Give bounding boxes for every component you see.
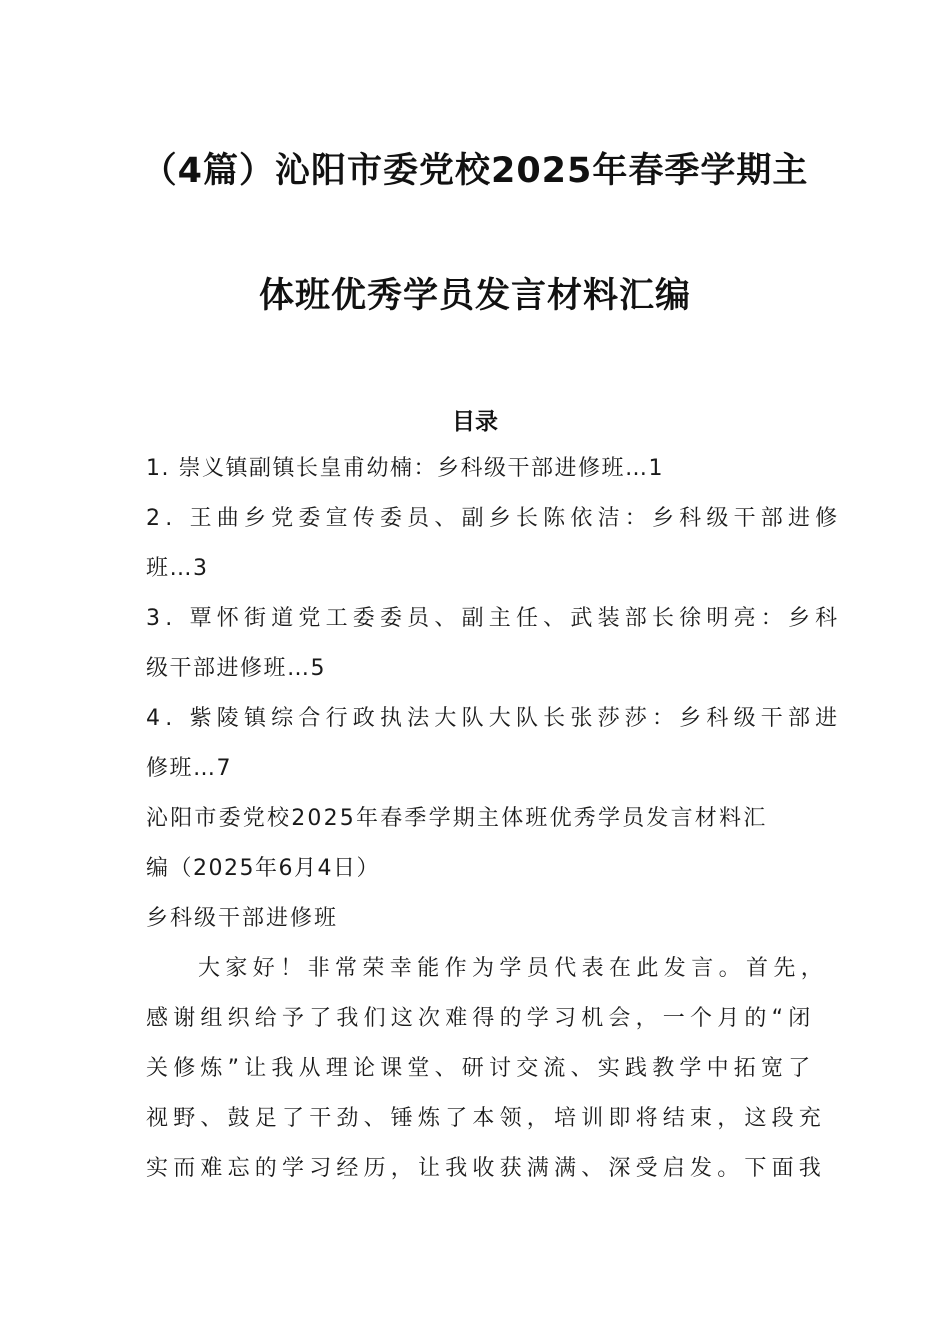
body-paragraph-line-4: 视野、鼓足了干劲、锤炼了本领，培训即将结束，这段充 [146,1104,806,1134]
document-title-line-2: 体班优秀学员发言材料汇编 [0,268,950,318]
body-paragraph-line-2: 感谢组织给予了我们这次难得的学习机会，一个月的“闭 [146,1004,806,1034]
toc-entry-4-line-2[interactable]: 修班…7 [146,754,806,784]
toc-heading: 目录 [0,403,950,436]
toc-entry-1-line-1[interactable]: 1. 崇义镇副镇长皇甫幼楠：乡科级干部进修班…1 [146,454,806,484]
body-paragraph-line-3: 关修炼”让我从理论课堂、研讨交流、实践教学中拓宽了 [146,1054,806,1084]
toc-entry-4-line-1[interactable]: 4. 紫陵镇综合行政执法大队大队长张莎莎：乡科级干部进 [146,704,806,734]
section-label: 乡科级干部进修班 [146,904,806,934]
body-paragraph-line-1: 大家好！非常荣幸能作为学员代表在此发言。首先， [198,954,808,984]
document-title-line-1: （4篇）沁阳市委党校2025年春季学期主 [0,143,950,193]
toc-entry-2-line-1[interactable]: 2. 王曲乡党委宣传委员、副乡长陈依洁：乡科级干部进修 [146,504,806,534]
subtitle-line-1: 沁阳市委党校2025年春季学期主体班优秀学员发言材料汇 [146,804,806,834]
subtitle-line-2: 编（2025年6月4日） [146,854,806,884]
toc-entry-2-line-2[interactable]: 班…3 [146,554,806,584]
toc-entry-3-line-1[interactable]: 3. 覃怀街道党工委委员、副主任、武装部长徐明亮：乡科 [146,604,806,634]
toc-entry-3-line-2[interactable]: 级干部进修班…5 [146,654,806,684]
body-paragraph-line-5: 实而难忘的学习经历，让我收获满满、深受启发。下面我 [146,1154,806,1184]
document-page: （4篇）沁阳市委党校2025年春季学期主 体班优秀学员发言材料汇编 目录 1. … [0,0,950,1344]
